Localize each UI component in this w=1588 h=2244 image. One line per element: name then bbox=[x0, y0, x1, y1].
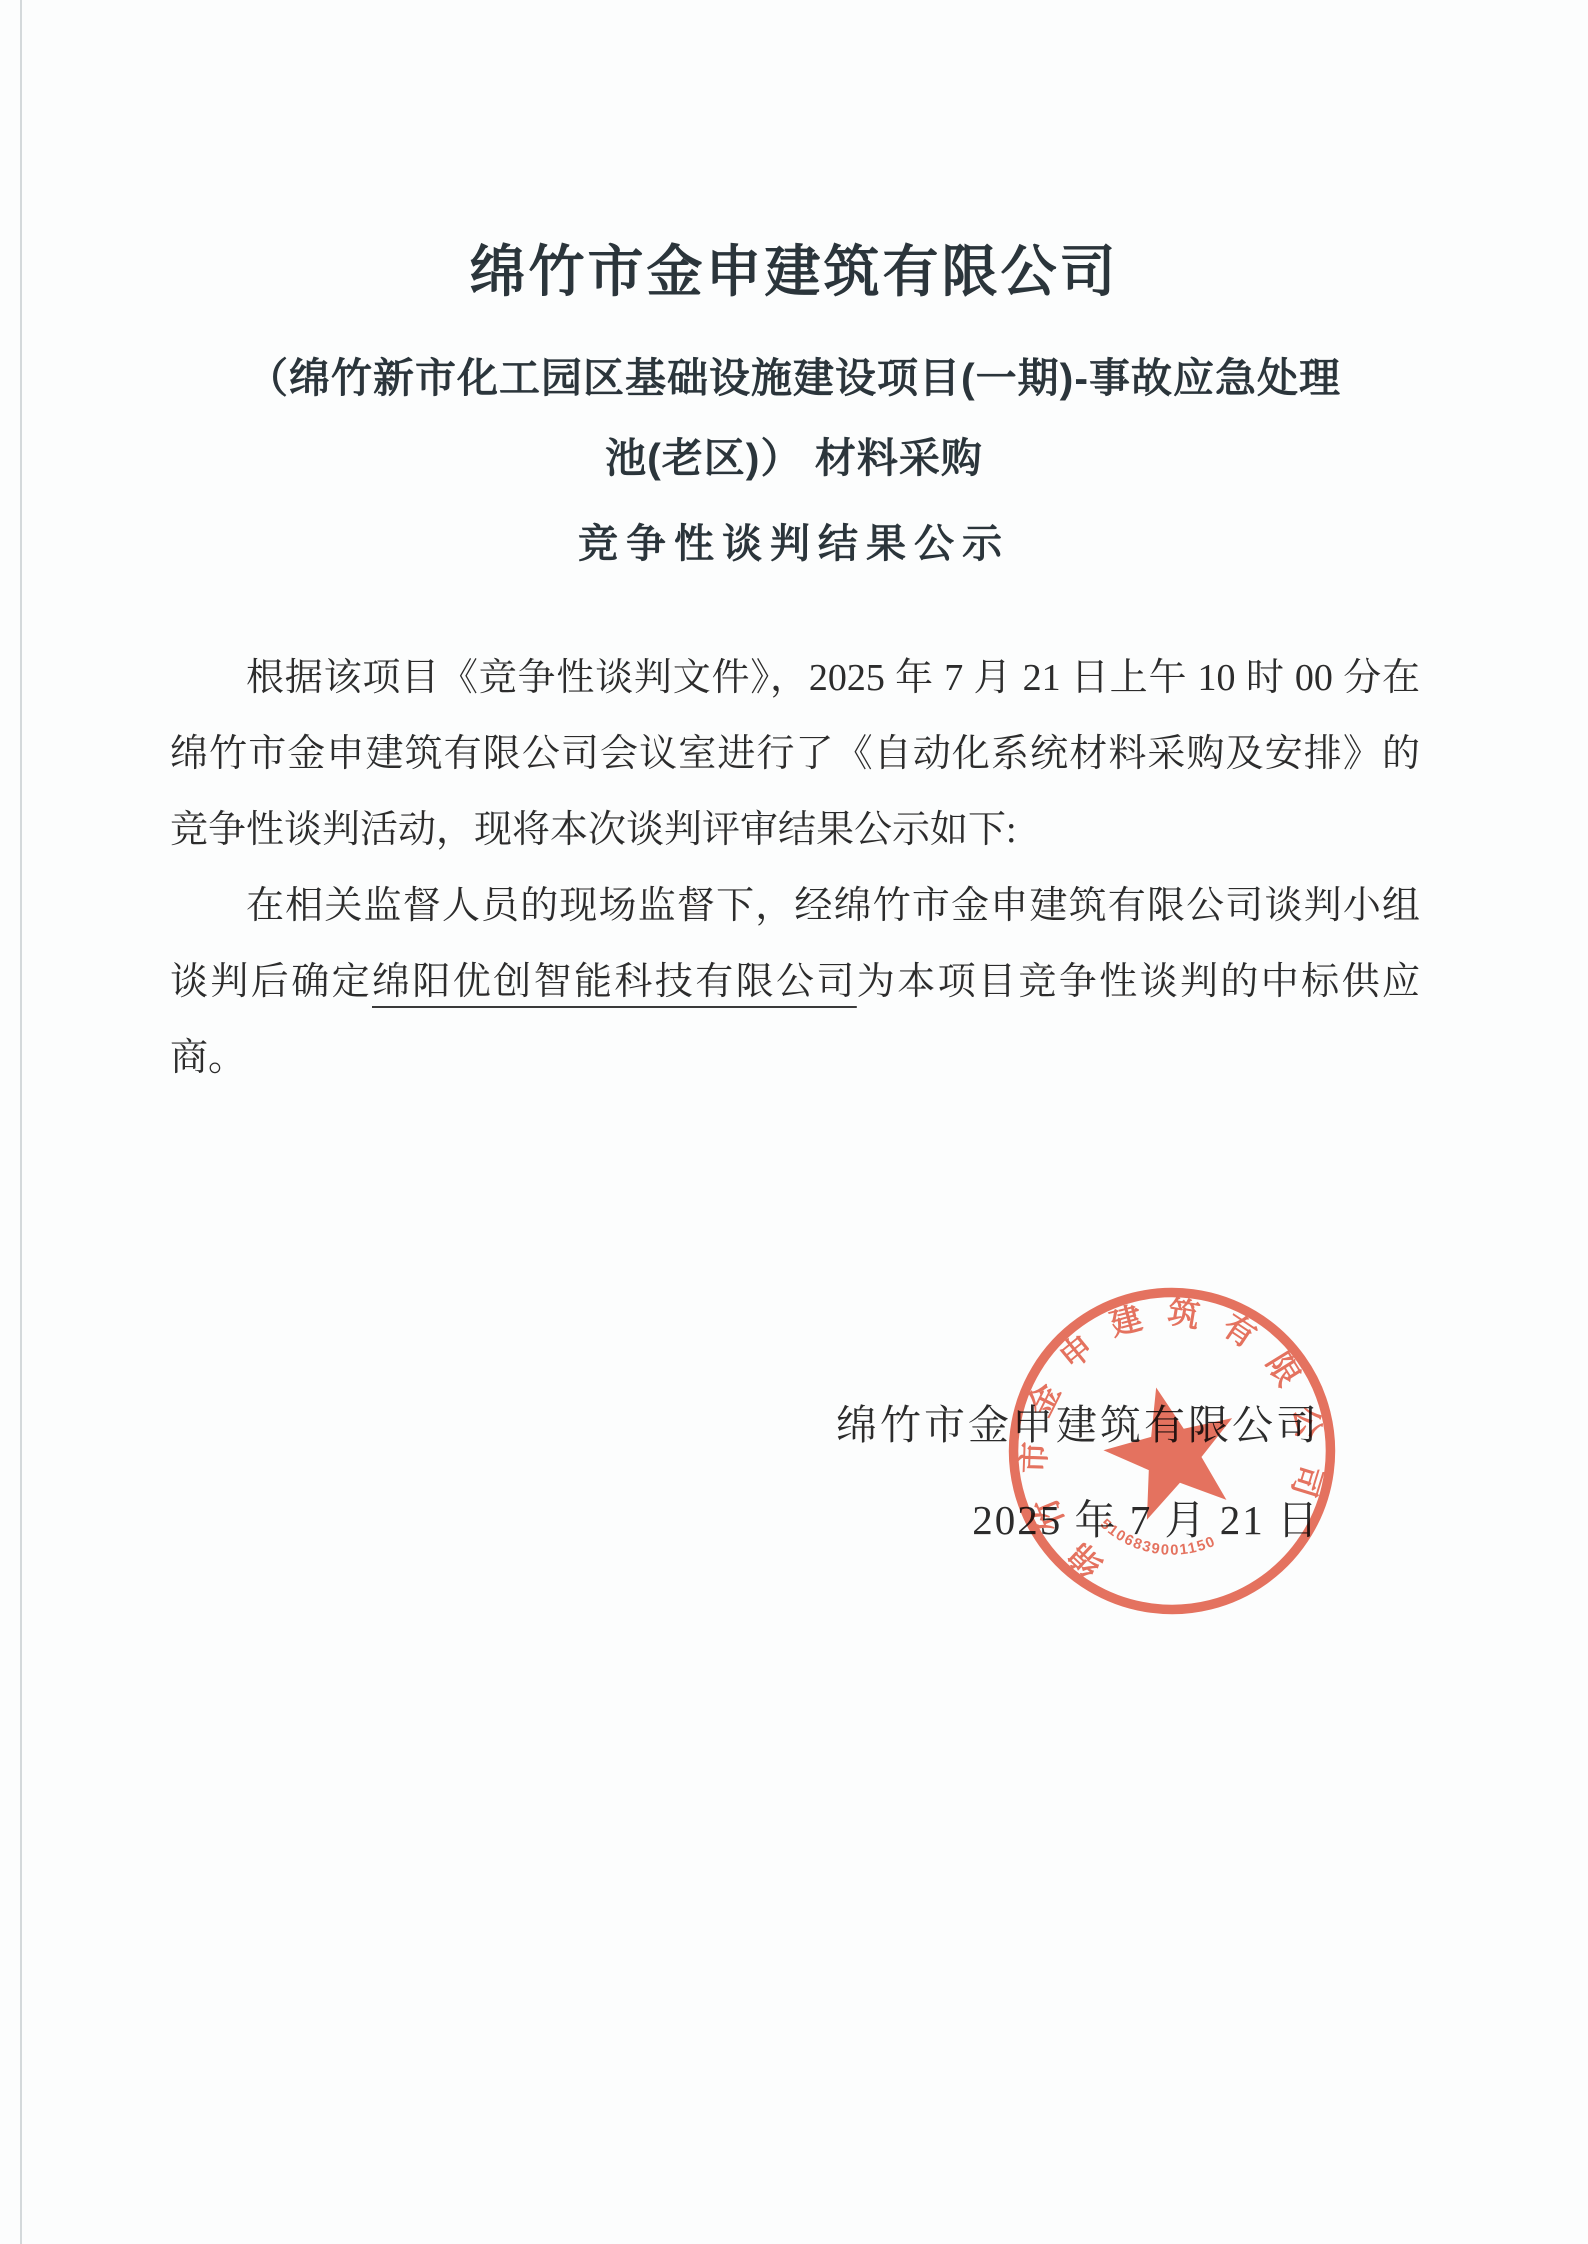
document-body: 根据该项目《竞争性谈判文件》，2025 年 7 月 21 日上午 10 时 00… bbox=[170, 640, 1420, 1096]
winning-supplier-name: 绵阳优创智能科技有限公司 bbox=[372, 961, 857, 1003]
signature-date: 2025 年 7 月 21 日 bbox=[836, 1487, 1320, 1546]
announcement-heading: 竞争性谈判结果公示 bbox=[0, 512, 1588, 569]
paragraph-negotiation-details: 根据该项目《竞争性谈判文件》，2025 年 7 月 21 日上午 10 时 00… bbox=[170, 640, 1420, 868]
company-title: 绵竹市金申建筑有限公司 bbox=[0, 228, 1588, 308]
paragraph-result: 在相关监督人员的现场监督下，经绵竹市金申建筑有限公司谈判小组谈判后确定绵阳优创智… bbox=[170, 868, 1420, 1096]
document-page: 绵竹市金申建筑有限公司 （绵竹新市化工园区基础设施建设项目(一期)-事故应急处理… bbox=[0, 0, 1588, 2244]
scan-artifact-line bbox=[20, 0, 22, 2244]
signature-block: 绵竹市金申建筑有限公司 2025 年 7 月 21 日 bbox=[836, 1392, 1320, 1546]
project-subtitle-line1: （绵竹新市化工园区基础设施建设项目(一期)-事故应急处理 bbox=[0, 345, 1588, 404]
signature-company: 绵竹市金申建筑有限公司 bbox=[836, 1392, 1320, 1451]
project-subtitle-line2: 池(老区)） 材料采购 bbox=[0, 425, 1588, 484]
